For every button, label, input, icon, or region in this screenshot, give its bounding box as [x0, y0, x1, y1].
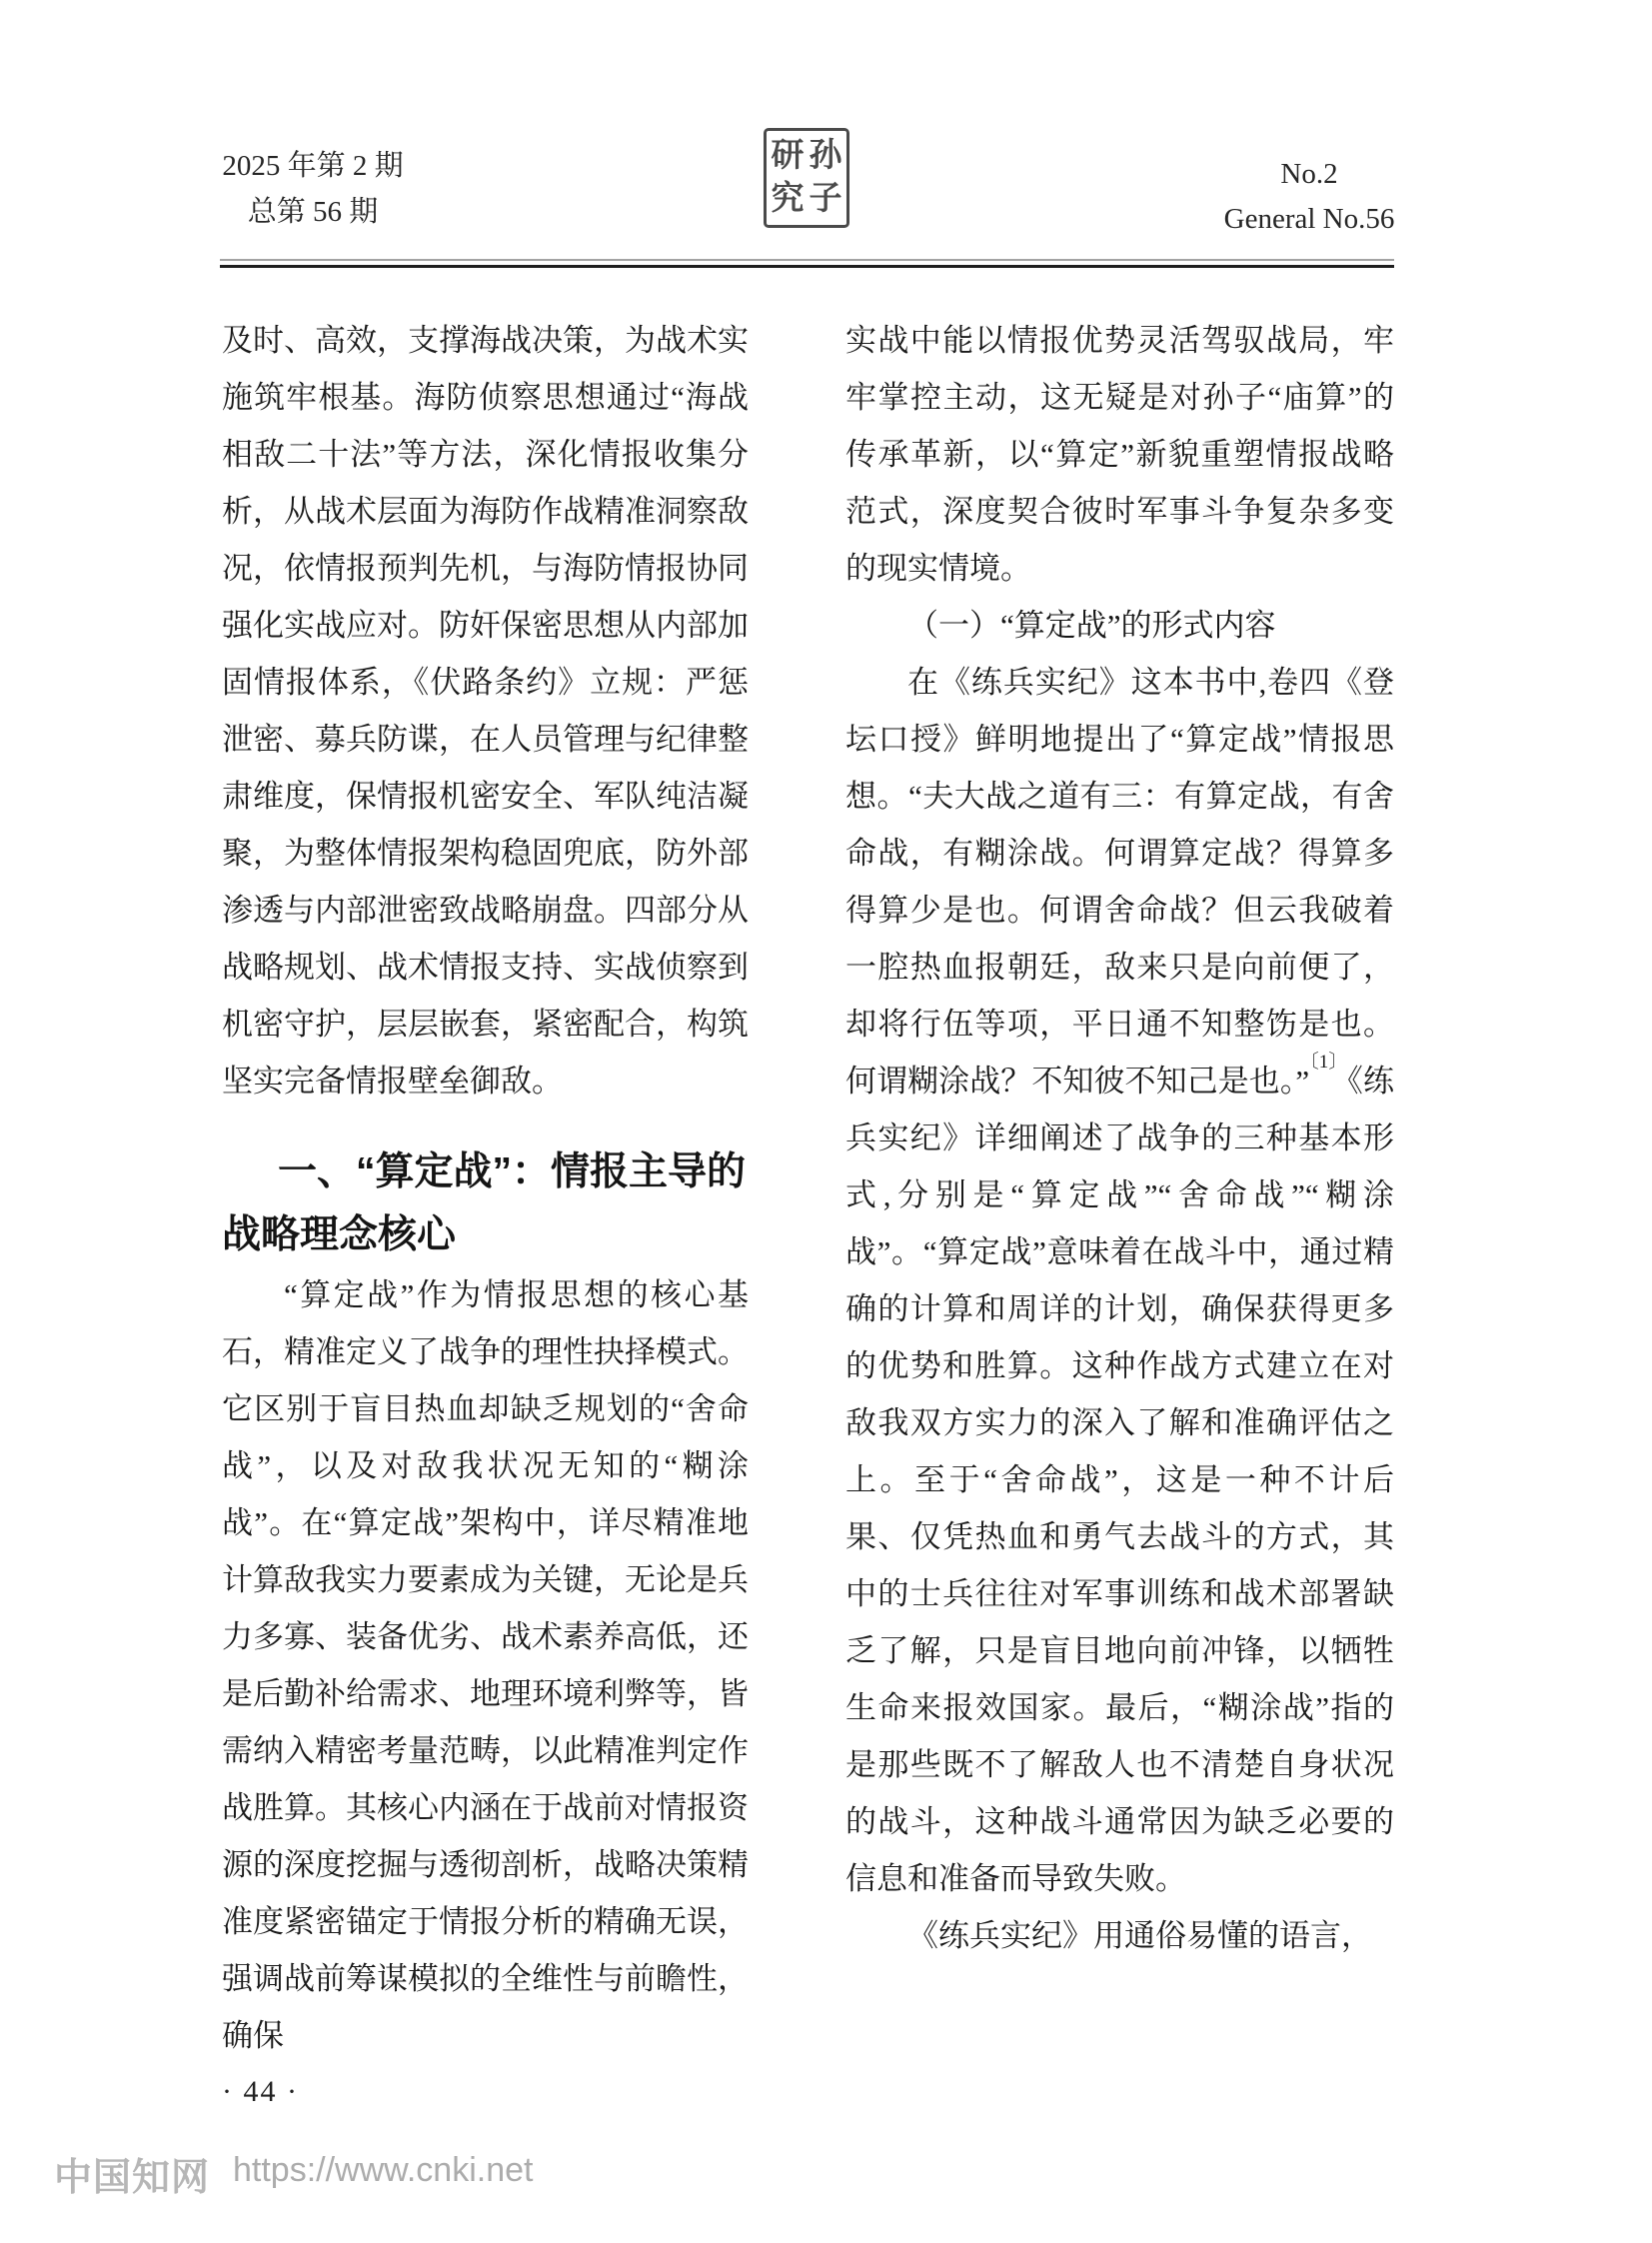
paragraph-text: 在《练兵实纪》这本书中,卷四《登坛口授》鲜明地提出了“算定战”情报思想。“夫大战… [845, 665, 1394, 1099]
paragraph-continued: 及时、高效，支撑海战决策，为战术实施筑牢根基。海防侦察思想通过“海战相敌二十法”… [222, 312, 749, 1110]
seal-char: 孙 [810, 140, 842, 173]
journal-seal: 研 孙 究 子 [764, 128, 849, 228]
paragraph: “算定战”作为情报思想的核心基石，精准定义了战争的理性抉择模式。它区别于盲目热血… [222, 1266, 749, 2064]
text-column-right: 实战中能以情报优势灵活驾驭战局，牢牢掌控主动，这无疑是对孙子“庙算”的传承革新，… [845, 312, 1394, 1964]
issue-year-number: 2025 年第 2 期 [218, 143, 408, 189]
section-heading: 一、“算定战”：情报主导的 战略理念核心 [222, 1140, 749, 1266]
subsection-heading: （一）“算定战”的形式内容 [845, 597, 1394, 654]
paragraph-text: 《练兵实纪》详细阐述了战争的三种基本形式,分别是“算定战”“舍命战”“糊涂战”。… [845, 1064, 1394, 1896]
issue-general-number-cn: 总第 56 期 [218, 189, 408, 235]
issue-general-number-en: General No.56 [1221, 197, 1397, 242]
section-heading-line: 一、“算定战”：情报主导的 [222, 1140, 749, 1203]
issue-info-cn: 2025 年第 2 期 总第 56 期 [218, 143, 408, 235]
seal-char: 究 [772, 183, 805, 216]
issue-info-en: No.2 General No.56 [1221, 152, 1397, 242]
journal-page: 2025 年第 2 期 总第 56 期 研 孙 究 子 No.2 General… [0, 0, 1652, 2243]
seal-char: 研 [772, 140, 805, 173]
footnote-reference: 〔1〕 [1309, 1052, 1347, 1073]
paragraph: 在《练兵实纪》这本书中,卷四《登坛口授》鲜明地提出了“算定战”情报思想。“夫大战… [845, 654, 1394, 1907]
section-heading-line: 战略理念核心 [222, 1203, 749, 1266]
issue-number-en: No.2 [1221, 152, 1397, 197]
cnki-watermark-url: https://www.cnki.net [233, 2151, 533, 2190]
cnki-watermark-logo: 中国知网 [54, 2146, 210, 2201]
text-column-left: 及时、高效，支撑海战决策，为战术实施筑牢根基。海防侦察思想通过“海战相敌二十法”… [222, 312, 749, 2064]
page-number: · 44 · [222, 2075, 299, 2109]
header-divider [220, 259, 1394, 268]
paragraph: 《练兵实纪》用通俗易懂的语言， [845, 1907, 1394, 1964]
paragraph-continued: 实战中能以情报优势灵活驾驭战局，牢牢掌控主动，这无疑是对孙子“庙算”的传承革新，… [845, 312, 1394, 597]
seal-char: 子 [810, 183, 842, 216]
